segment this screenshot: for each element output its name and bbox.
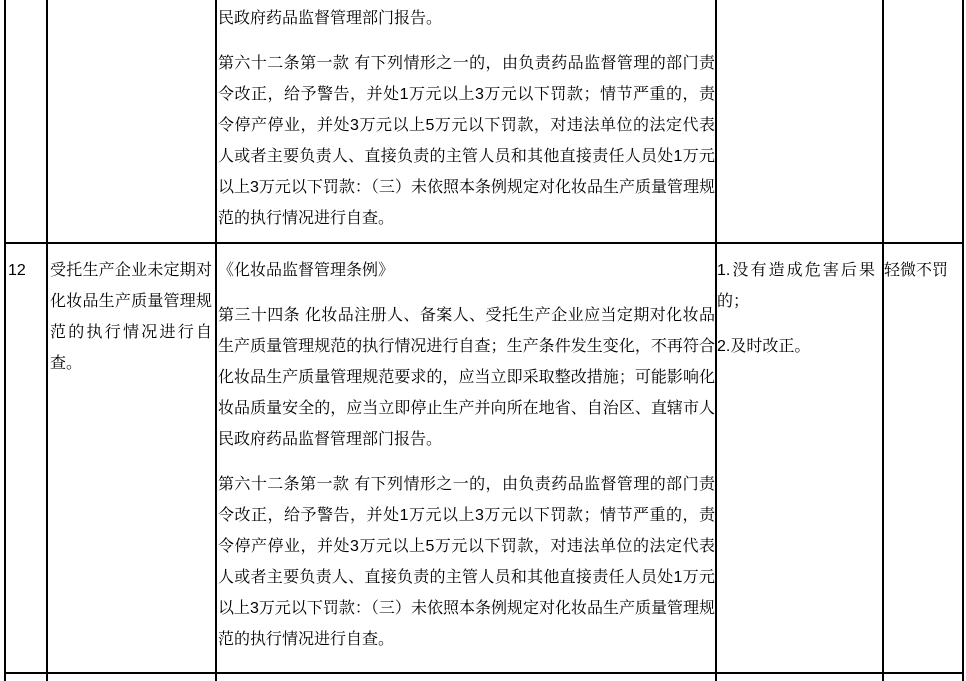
violation-text: 受托生产企业未定期对化妆品生产质量管理规范的执行情况进行自查。 [50, 255, 212, 379]
legal-paragraph: 第六十二条第一款 有下列情形之一的，由负责药品监督管理的部门责令改正，给予警告，… [218, 469, 715, 655]
row-12-conditions-cell: 1.没有造成危害后果的； 2.及时改正。 [717, 255, 875, 670]
row-12-number-cell: 12 [8, 255, 44, 670]
row-12-legal-basis-cell: 《化妆品监督管理条例》 第三十四条 化妆品注册人、备案人、受托生产企业应当定期对… [218, 255, 715, 670]
legal-paragraph: 民政府药品监督管理部门报告。 [218, 3, 715, 34]
row-number: 12 [8, 255, 44, 286]
row-12-violation-cell: 受托生产企业未定期对化妆品生产质量管理规范的执行情况进行自查。 [50, 255, 212, 670]
table-border-right [962, 0, 964, 681]
row-divider-bottom [4, 672, 964, 674]
row-12-penalty-cell: 轻微不罚 [884, 255, 961, 670]
continuation-row-legal-basis-cell: 民政府药品监督管理部门报告。 第六十二条第一款 有下列情形之一的，由负责药品监督… [218, 3, 715, 241]
table-border-left [4, 0, 6, 681]
legal-paragraph: 第六十二条第一款 有下列情形之一的，由负责药品监督管理的部门责令改正，给予警告，… [218, 48, 715, 234]
condition-item: 1.没有造成危害后果的； [717, 255, 875, 317]
table-divider-number-col [46, 0, 48, 681]
penalty-decision-text: 轻微不罚 [884, 255, 961, 286]
next-row-preview [8, 676, 958, 681]
table-divider-violation-col [215, 0, 217, 681]
condition-item: 2.及时改正。 [717, 331, 875, 362]
legal-paragraph: 第三十四条 化妆品注册人、备案人、受托生产企业应当定期对化妆品生产质量管理规范的… [218, 300, 715, 455]
row-divider-top [4, 242, 964, 244]
document-table-page: 民政府药品监督管理部门报告。 第六十二条第一款 有下列情形之一的，由负责药品监督… [0, 0, 966, 681]
legal-title: 《化妆品监督管理条例》 [218, 255, 715, 286]
